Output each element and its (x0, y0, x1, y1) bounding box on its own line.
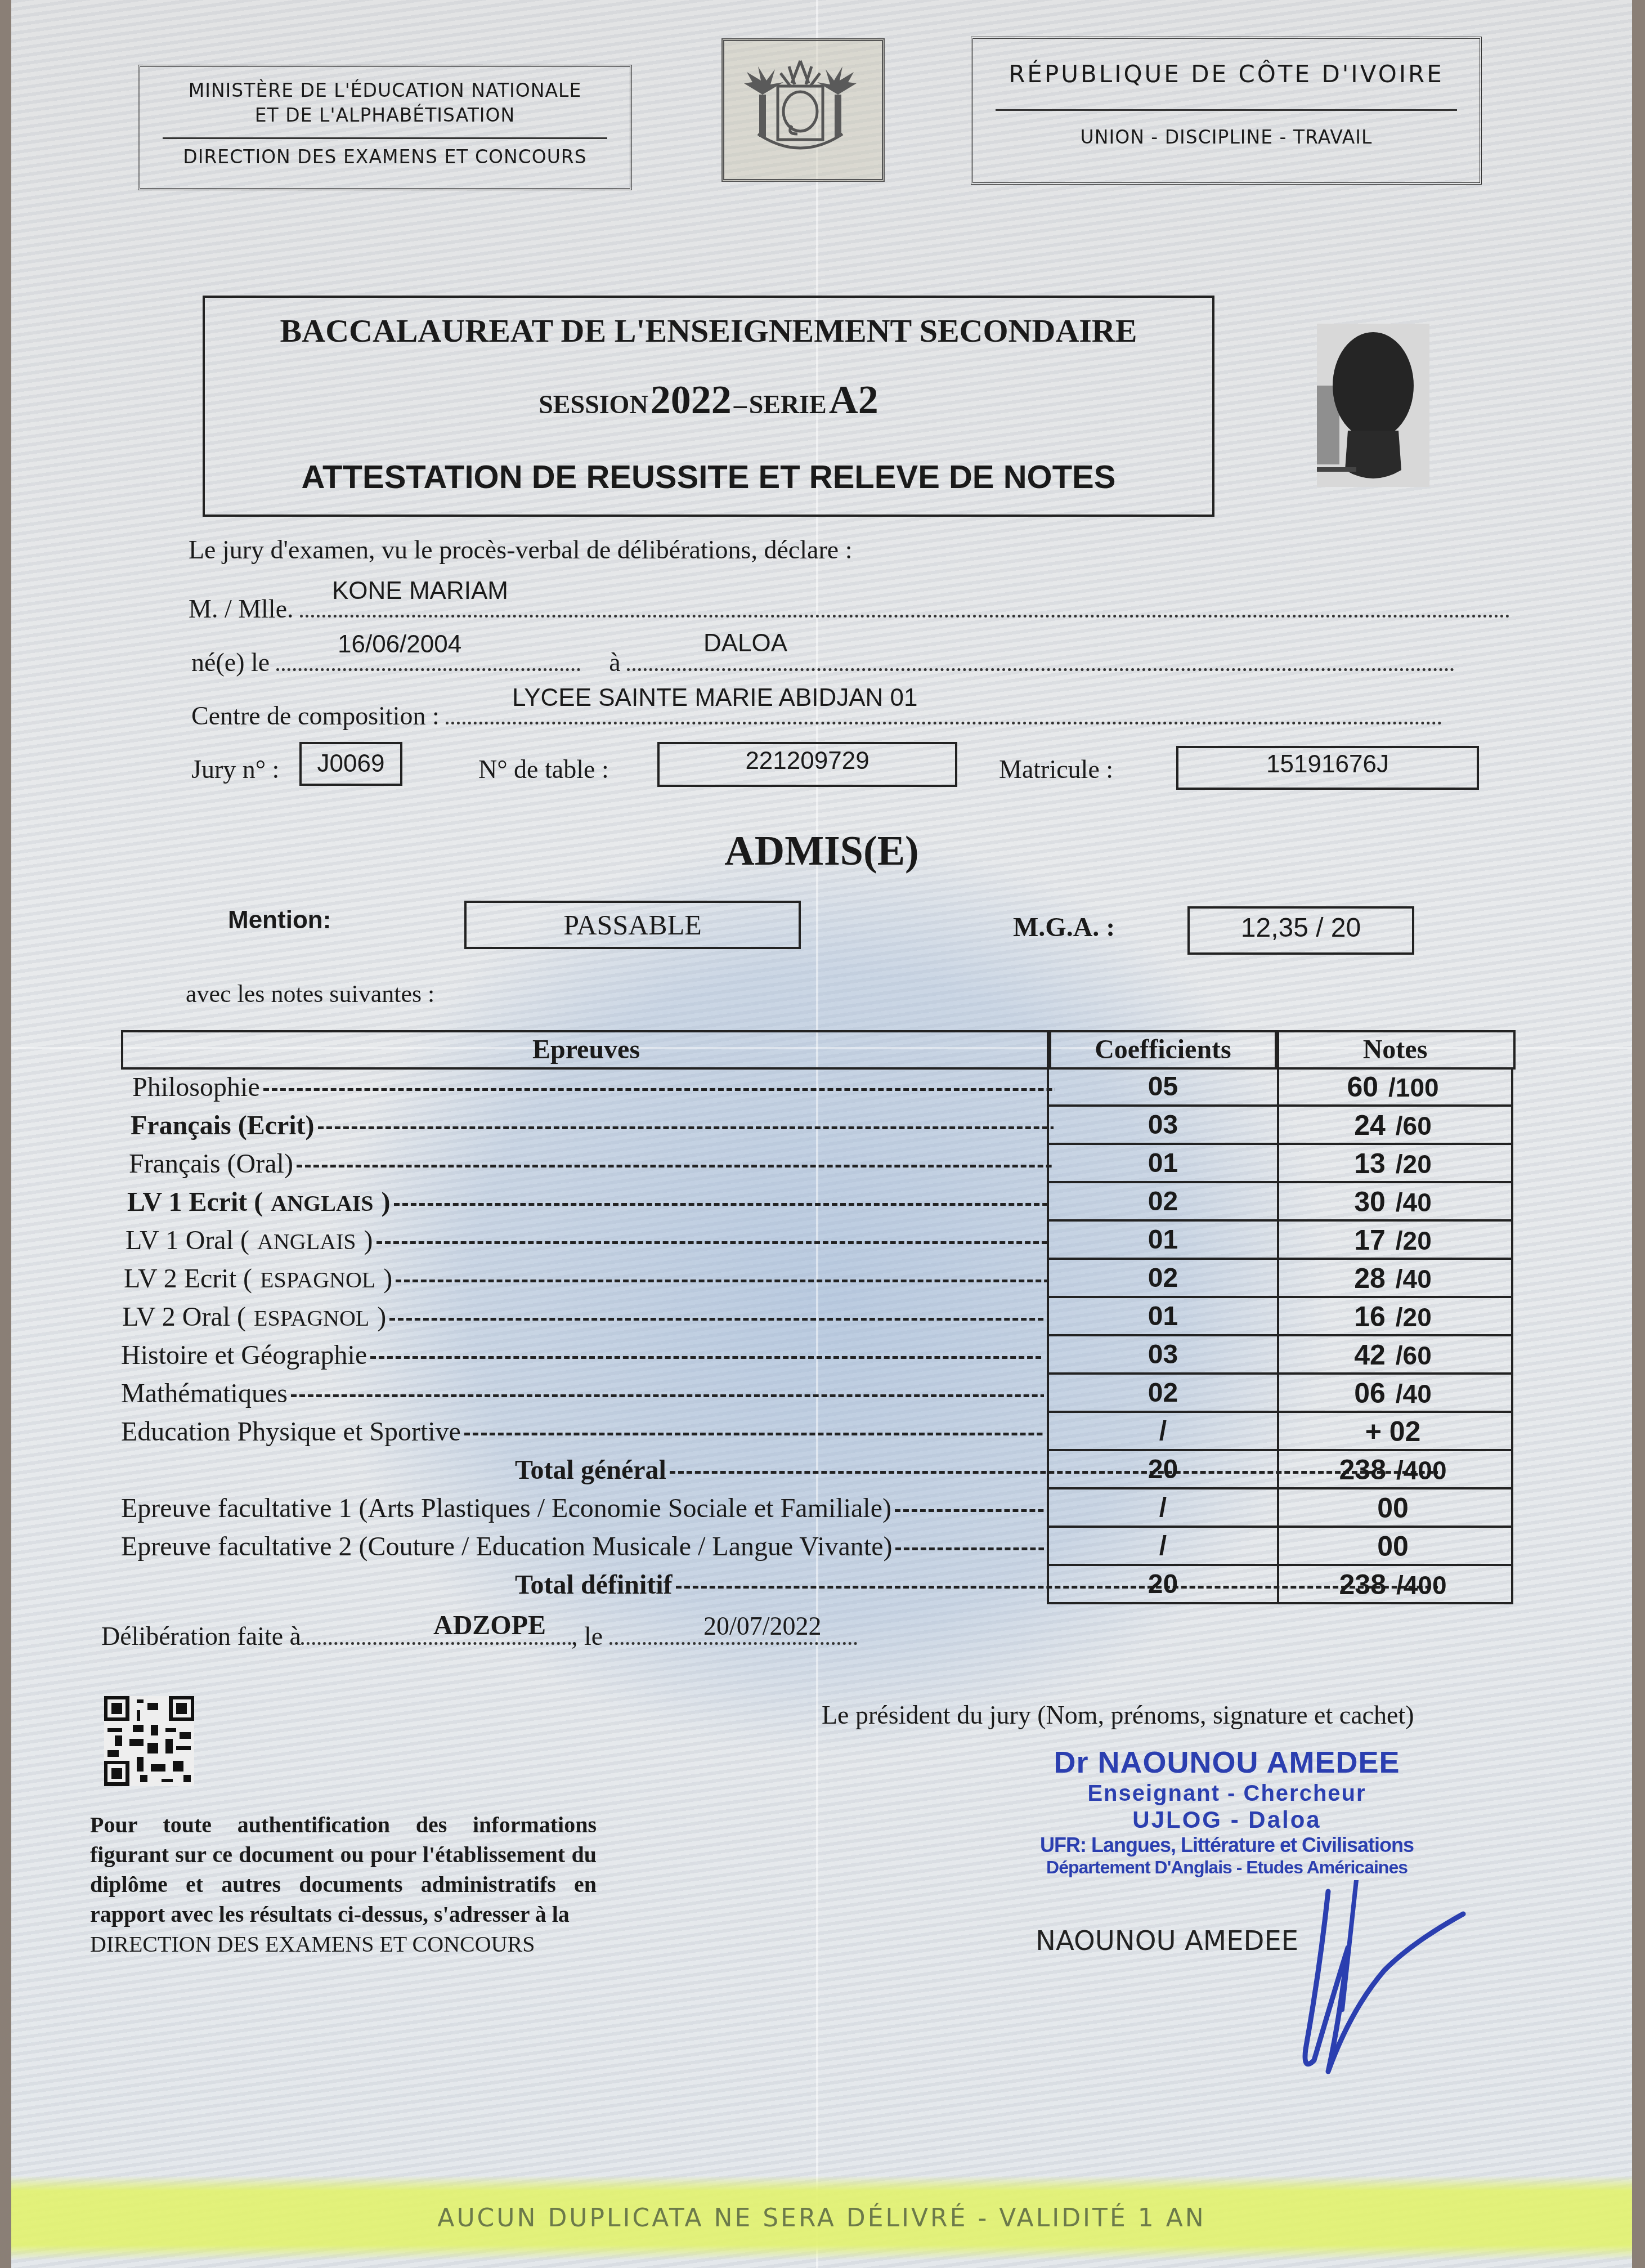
leader-dashes (318, 1126, 1054, 1129)
leader-dashes (297, 1165, 1052, 1167)
note-max: /20 (1396, 1303, 1432, 1332)
subject-cell: LV 2 Oral (ESPAGNOL) (121, 1298, 1045, 1337)
note-value: 30 (1354, 1186, 1386, 1218)
president-stamp: Dr NAOUNOU AMEDEE Enseignant - Chercheur… (1013, 1745, 1441, 1878)
paren-close: ) (377, 1302, 386, 1332)
leader-dashes (370, 1356, 1044, 1359)
ministry-direction: DIRECTION DES EXAMENS ET CONCOURS (140, 146, 630, 168)
paren-close: ) (364, 1225, 373, 1255)
note-max: /60 (1396, 1111, 1432, 1140)
subject-cell: Histoire et Géographie (121, 1336, 1044, 1375)
note-value: 28 (1354, 1263, 1386, 1294)
subject-name: LV 2 Oral ( (122, 1302, 246, 1332)
centre-label: Centre de composition : (191, 701, 440, 730)
language-name: ANGLAIS (257, 1229, 356, 1254)
leader-dashes (895, 1547, 1044, 1550)
note-cell: 238/400 (1275, 1451, 1513, 1489)
divider (163, 137, 607, 139)
stamp-ufr: UFR: Langues, Littérature et Civilisatio… (1013, 1833, 1441, 1857)
subject-name: Education Physique et Sportive (121, 1417, 461, 1447)
note-cell: 13/20 (1275, 1145, 1513, 1183)
note-value: 06 (1354, 1377, 1386, 1409)
table-row: Education Physique et Sportive/+ 02 (121, 1413, 1528, 1451)
subject-cell: Français (Oral) (121, 1145, 1052, 1183)
subject-name: Histoire et Géographie (121, 1340, 367, 1370)
birth-place: DALOA (703, 629, 787, 657)
deliberation-label: Délibération faite à (101, 1622, 301, 1650)
jury-label: Jury n° : (191, 754, 279, 784)
note-cell: 16/20 (1275, 1298, 1513, 1336)
session-year: 2022 (651, 377, 732, 422)
mga-label: M.G.A. : (1013, 912, 1115, 943)
coefficient-cell: 03 (1047, 1107, 1279, 1145)
stamp-department: Département D'Anglais - Etudes Américain… (1013, 1857, 1441, 1878)
matricule-number: 15191676J (1176, 746, 1479, 790)
leader-dashes (394, 1203, 1050, 1206)
language-name: ANGLAIS (271, 1191, 373, 1216)
coat-of-arms-icon (721, 38, 885, 182)
note-value: 16 (1354, 1301, 1386, 1332)
deliberation-date: 20/07/2022 (703, 1611, 822, 1641)
dotted-line (609, 1642, 857, 1645)
authentication-office: DIRECTION DES EXAMENS ET CONCOURS (90, 1929, 597, 1959)
subject-cell: LV 2 Ecrit (ESPAGNOL) (121, 1260, 1047, 1299)
table-label: N° de table : (478, 754, 609, 784)
admission-status: ADMIS(E) (11, 827, 1632, 875)
ministry-name: MINISTÈRE DE L'ÉDUCATION NATIONALE ET DE… (140, 78, 630, 128)
coefficient-cell: 01 (1047, 1222, 1279, 1260)
serie-label: SERIE (749, 390, 827, 419)
coefficient-cell: 02 (1047, 1183, 1279, 1222)
note-value: 42 (1354, 1339, 1386, 1371)
note-value: 60 (1347, 1071, 1378, 1103)
coefficient-cell: / (1047, 1413, 1279, 1451)
name-label: M. / Mlle. (189, 594, 294, 623)
note-max: /60 (1396, 1341, 1432, 1370)
paren-close: ) (383, 1264, 392, 1294)
born-label: né(e) le (191, 648, 270, 677)
coefficient-cell: 01 (1047, 1298, 1279, 1336)
note-max: /20 (1396, 1149, 1432, 1179)
republic-name: RÉPUBLIQUE DE CÔTE D'IVOIRE (973, 60, 1480, 88)
republic-header: RÉPUBLIQUE DE CÔTE D'IVOIRE UNION - DISC… (971, 37, 1482, 185)
optional-row: Epreuve facultative 1 (Arts Plastiques /… (121, 1489, 1528, 1528)
leader-dashes (895, 1509, 1044, 1512)
coefficient-cell: 05 (1047, 1068, 1279, 1107)
jury-declaration: Le jury d'examen, vu le procès-verbal de… (189, 535, 853, 565)
header-coefficients: Coefficients (1047, 1030, 1279, 1070)
note-cell: 06/40 (1275, 1375, 1513, 1413)
authentication-text: Pour toute authentification des informat… (90, 1812, 597, 1927)
coefficient-cell: 20 (1047, 1566, 1279, 1604)
subject-name: Mathématiques (121, 1379, 288, 1408)
subject-name: LV 1 Ecrit ( (127, 1187, 263, 1217)
leader-dashes (396, 1280, 1047, 1282)
optional-row: Epreuve facultative 2 (Couture / Educati… (121, 1528, 1528, 1566)
dotted-line (276, 668, 580, 671)
session-label: SESSION (539, 390, 648, 419)
coefficient-cell: 03 (1047, 1336, 1279, 1375)
coefficient-cell: 02 (1047, 1260, 1279, 1298)
exam-centre: LYCEE SAINTE MARIE ABIDJAN 01 (512, 684, 918, 712)
coefficient-cell: / (1047, 1489, 1279, 1528)
subject-name: Philosophie (132, 1072, 260, 1102)
table-row: LV 1 Ecrit (ANGLAIS)0230/40 (121, 1183, 1528, 1222)
ministry-line2: ET DE L'ALPHABÉTISATION (140, 103, 630, 128)
subject-name: Français (Ecrit) (131, 1111, 315, 1140)
note-max: /400 (1396, 1571, 1447, 1600)
note-max: /20 (1396, 1226, 1432, 1255)
note-value: 238 (1339, 1454, 1386, 1486)
coefficient-cell: / (1047, 1528, 1279, 1566)
document-type: ATTESTATION DE REUSSITE ET RELEVE DE NOT… (205, 458, 1212, 496)
deliberation-place: ADZOPE (433, 1610, 546, 1641)
note-cell: + 02 (1275, 1413, 1513, 1451)
subject-cell: Education Physique et Sportive (121, 1413, 1044, 1451)
ministry-line1: MINISTÈRE DE L'ÉDUCATION NATIONALE (140, 78, 630, 103)
jury-number: J0069 (299, 742, 402, 786)
president-printed-name: NAOUNOU AMEDEE (1036, 1925, 1298, 1957)
note-cell: 28/40 (1275, 1260, 1513, 1298)
birth-date: 16/06/2004 (338, 630, 461, 659)
note-cell: 17/20 (1275, 1222, 1513, 1260)
note-max: /400 (1396, 1456, 1447, 1485)
subject-name: LV 1 Oral ( (125, 1225, 249, 1255)
leader-dashes (291, 1394, 1044, 1397)
leader-dashes (263, 1088, 1055, 1091)
national-motto: UNION - DISCIPLINE - TRAVAIL (973, 126, 1480, 148)
exam-title: BACCALAUREAT DE L'ENSEIGNEMENT SECONDAIR… (205, 312, 1212, 350)
language-name: ESPAGNOL (260, 1267, 375, 1292)
footer-notice: AUCUN DUPLICATA NE SERA DÉLIVRÉ - VALIDI… (11, 2204, 1632, 2233)
separator: – (734, 390, 747, 419)
table-row: Français (Ecrit)0324/60 (121, 1107, 1528, 1145)
signature-icon (1294, 1880, 1474, 2094)
header-notes: Notes (1275, 1030, 1516, 1070)
note-value: 13 (1354, 1148, 1386, 1179)
date-label: , le (571, 1622, 603, 1650)
table-header: Epreuves Coefficients Notes (121, 1030, 1528, 1068)
title-box: BACCALAUREAT DE L'ENSEIGNEMENT SECONDAIR… (203, 296, 1214, 517)
note-cell: 00 (1275, 1528, 1513, 1566)
notes-intro: avec les notes suivantes : (186, 979, 434, 1008)
matricule-label: Matricule : (999, 754, 1113, 784)
stamp-university: UJLOG - Daloa (1013, 1806, 1441, 1833)
coefficient-cell: 01 (1047, 1145, 1279, 1183)
dotted-line (446, 722, 1442, 724)
note-max: /40 (1396, 1264, 1432, 1294)
candidate-name: KONE MARIAM (332, 577, 508, 605)
table-row: Histoire et Géographie0342/60 (121, 1336, 1528, 1375)
leader-dashes (389, 1318, 1045, 1321)
serie-value: A2 (829, 377, 878, 422)
note-value: + 02 (1365, 1416, 1421, 1447)
session-line: SESSION 2022 – SERIE A2 (205, 377, 1212, 423)
note-value: 238 (1339, 1569, 1386, 1600)
president-label: Le président du jury (Nom, prénoms, sign… (822, 1700, 1414, 1730)
authentication-notice: Pour toute authentification des informat… (90, 1810, 597, 1959)
total-definitif-row: Total définitif20238/400 (121, 1566, 1528, 1604)
dotted-line (301, 1642, 571, 1645)
subject-name: LV 2 Ecrit ( (124, 1264, 252, 1294)
stamp-title: Enseignant - Chercheur (1013, 1781, 1441, 1806)
note-max: /100 (1388, 1073, 1439, 1102)
subject-name: Epreuve facultative 1 (Arts Plastiques /… (121, 1493, 891, 1523)
table-row: LV 2 Oral (ESPAGNOL)0116/20 (121, 1298, 1528, 1336)
candidate-photo (1317, 324, 1429, 487)
dotted-line (627, 668, 1454, 671)
coefficient-cell: 20 (1047, 1451, 1279, 1489)
coefficient-cell: 02 (1047, 1375, 1279, 1413)
note-max: /40 (1396, 1188, 1432, 1217)
note-cell: 238/400 (1275, 1566, 1513, 1604)
table-row: Philosophie0560/100 (121, 1068, 1528, 1107)
note-max: /40 (1396, 1379, 1432, 1408)
language-name: ESPAGNOL (254, 1305, 369, 1331)
note-cell: 24/60 (1275, 1107, 1513, 1145)
subject-name: Total définitif (515, 1570, 673, 1600)
subject-cell: Philosophie (121, 1068, 1055, 1107)
paren-close: ) (382, 1187, 391, 1217)
table-row: Mathématiques0206/40 (121, 1375, 1528, 1413)
leader-dashes (376, 1241, 1048, 1244)
note-cell: 42/60 (1275, 1336, 1513, 1375)
qr-code-icon[interactable] (104, 1694, 194, 1787)
note-value: 17 (1354, 1224, 1386, 1256)
divider (996, 109, 1457, 111)
subject-cell: Français (Ecrit) (121, 1107, 1054, 1145)
ministry-header: MINISTÈRE DE L'ÉDUCATION NATIONALE ET DE… (138, 65, 632, 190)
subject-cell: Mathématiques (121, 1375, 1044, 1413)
total-general-row: Total général20238/400 (121, 1451, 1528, 1489)
note-cell: 00 (1275, 1489, 1513, 1528)
leader-dashes (464, 1433, 1044, 1435)
subject-cell: Epreuve facultative 2 (Couture / Educati… (121, 1528, 1044, 1566)
table-row: LV 1 Oral (ANGLAIS)0117/20 (121, 1222, 1528, 1260)
note-value: 00 (1377, 1531, 1409, 1562)
subject-cell: LV 1 Ecrit (ANGLAIS) (121, 1183, 1050, 1223)
certificate-document: MINISTÈRE DE L'ÉDUCATION NATIONALE ET DE… (11, 0, 1632, 2268)
subject-name: Français (Oral) (129, 1149, 293, 1179)
mga-value: 12,35 / 20 (1187, 906, 1414, 955)
mention-value: PASSABLE (464, 901, 801, 949)
note-value: 24 (1354, 1110, 1386, 1141)
subject-name: Total général (515, 1455, 666, 1485)
table-row: Français (Oral)0113/20 (121, 1145, 1528, 1183)
note-value: 00 (1377, 1492, 1409, 1524)
subject-cell: Epreuve facultative 1 (Arts Plastiques /… (121, 1489, 1044, 1528)
subject-name: Epreuve facultative 2 (Couture / Educati… (121, 1532, 892, 1562)
stamp-name: Dr NAOUNOU AMEDEE (1013, 1745, 1441, 1780)
table-number: 221209729 (657, 742, 957, 787)
table-row: LV 2 Ecrit (ESPAGNOL)0228/40 (121, 1260, 1528, 1298)
note-cell: 30/40 (1275, 1183, 1513, 1222)
dotted-line (300, 615, 1510, 618)
subject-cell: LV 1 Oral (ANGLAIS) (121, 1222, 1048, 1261)
note-cell: 60/100 (1275, 1068, 1513, 1107)
mention-label: Mention: (228, 906, 331, 934)
at-label: à (609, 648, 620, 677)
header-subject: Epreuves (121, 1030, 1051, 1070)
